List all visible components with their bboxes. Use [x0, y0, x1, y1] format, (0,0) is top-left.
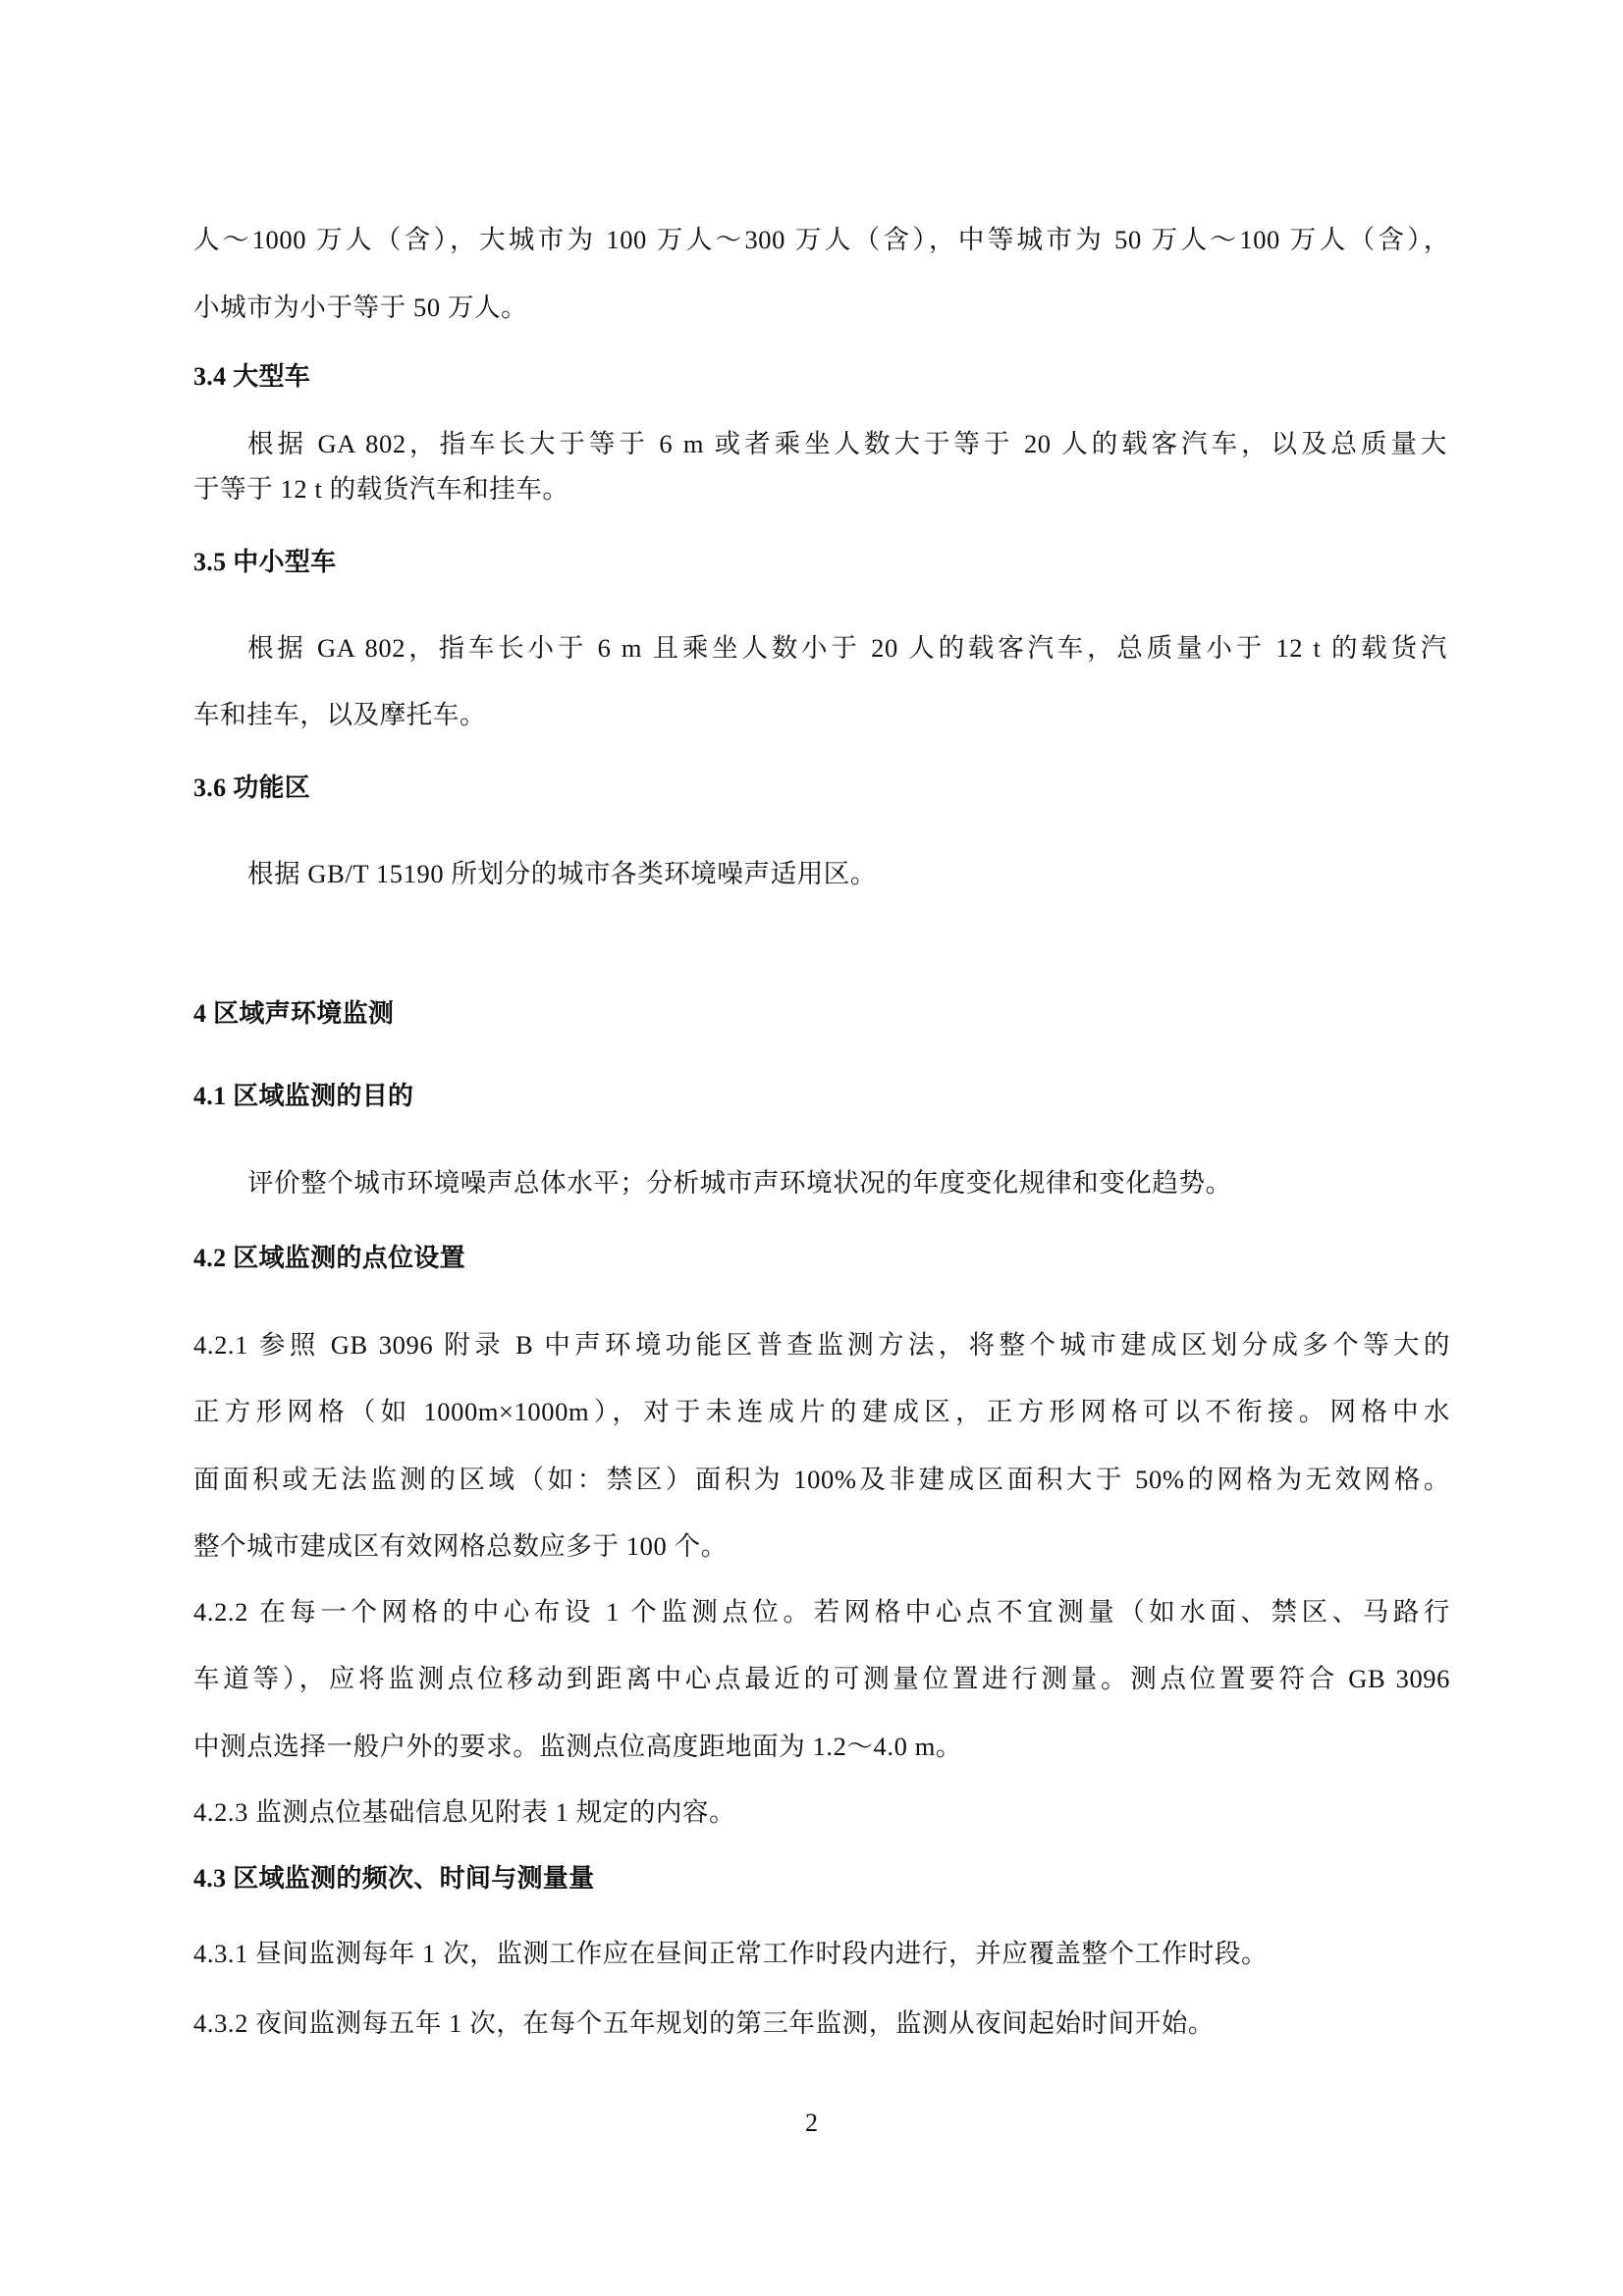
paragraph-text: 根据 GA 802，指车长大于等于 6 m 或者乘坐人数大于等于 20 人的载客…: [247, 427, 1447, 460]
section-heading-3-6: 3.6 功能区: [193, 772, 1450, 805]
clause-4-2-3: 4.2.3 监测点位基础信息见附表 1 规定的内容。: [193, 1795, 1450, 1829]
paragraph-text: 根据 GB/T 15190 所划分的城市各类环境噪声适用区。: [247, 857, 1504, 890]
clause-4-2-2-cont: 车道等），应将监测点位移动到距离中心点最近的可测量位置进行测量。测点位置要符合 …: [193, 1662, 1450, 1695]
paragraph-continuation-line: 人～1000 万人（含），大城市为 100 万人～300 万人（含），中等城市为…: [193, 223, 1450, 256]
page-number: 2: [0, 2107, 1623, 2140]
clause-4-3-2: 4.3.2 夜间监测每五年 1 次，在每个五年规划的第三年监测，监测从夜间起始时…: [193, 2006, 1450, 2040]
section-heading-4-3: 4.3 区域监测的频次、时间与测量量: [193, 1862, 1450, 1896]
clause-4-2-1-cont: 整个城市建成区有效网格总数应多于 100 个。: [193, 1529, 1450, 1563]
paragraph-text: 评价整个城市环境噪声总体水平；分析城市声环境状况的年度变化规律和变化趋势。: [247, 1166, 1504, 1200]
clause-4-2-1: 4.2.1 参照 GB 3096 附录 B 中声环境功能区普查监测方法，将整个城…: [193, 1328, 1450, 1362]
section-heading-4: 4 区域声环境监测: [193, 997, 1450, 1031]
paragraph-text: 根据 GA 802，指车长小于 6 m 且乘坐人数小于 20 人的载客汽车，总质…: [247, 631, 1447, 665]
section-heading-4-1: 4.1 区域监测的目的: [193, 1080, 1450, 1113]
clause-4-2-1-cont: 面面积或无法监测的区域（如：禁区）面积为 100%及非建成区面积大于 50%的网…: [193, 1463, 1450, 1496]
section-heading-4-2: 4.2 区域监测的点位设置: [193, 1242, 1450, 1275]
section-heading-3-5: 3.5 中小型车: [193, 546, 1450, 579]
clause-4-3-1: 4.3.1 昼间监测每年 1 次，监测工作应在昼间正常工作时段内进行，并应覆盖整…: [193, 1937, 1450, 1970]
clause-4-2-1-cont: 正方形网格（如 1000m×1000m），对于未连成片的建成区，正方形网格可以不…: [193, 1395, 1450, 1428]
section-heading-3-4: 3.4 大型车: [193, 360, 1450, 394]
clause-4-2-2: 4.2.2 在每一个网格的中心布设 1 个监测点位。若网格中心点不宜测量（如水面…: [193, 1595, 1450, 1629]
clause-4-2-2-cont: 中测点选择一般户外的要求。监测点位高度距地面为 1.2～4.0 m。: [193, 1730, 1450, 1763]
paragraph-text: 车和挂车，以及摩托车。: [193, 698, 1450, 731]
paragraph-text: 于等于 12 t 的载货汽车和挂车。: [193, 472, 1450, 506]
paragraph-continuation-line: 小城市为小于等于 50 万人。: [193, 291, 1450, 324]
